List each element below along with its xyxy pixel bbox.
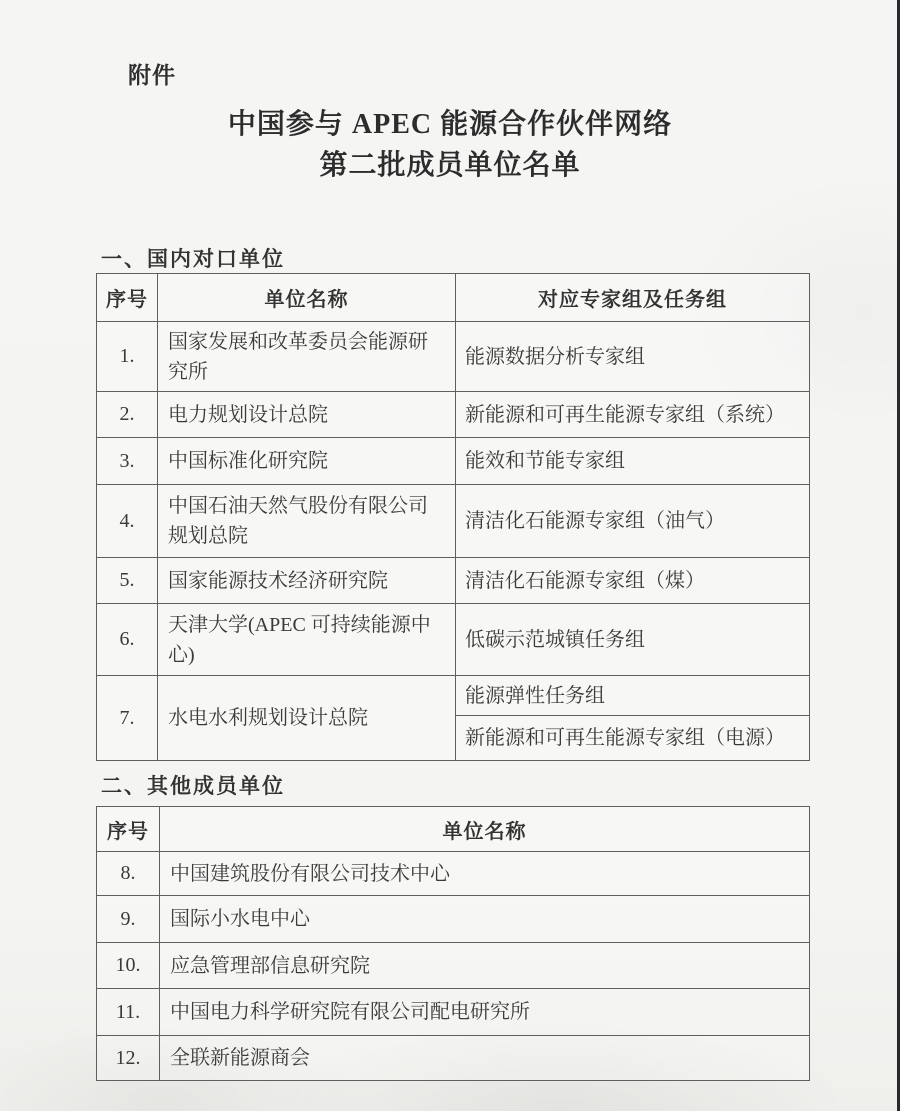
table-header-row: 序号 单位名称 对应专家组及任务组	[97, 274, 810, 322]
table-row: 9. 国际小水电中心	[97, 896, 810, 943]
section-heading-other-members: 二、其他成员单位	[101, 770, 285, 800]
row-number: 3.	[97, 438, 158, 485]
document-page: 附件 中国参与 APEC 能源合作伙伴网络 第二批成员单位名单 一、国内对口单位…	[0, 0, 900, 1111]
unit-name: 国际小水电中心	[160, 896, 810, 943]
column-header-name: 单位名称	[160, 807, 810, 852]
table-row: 3. 中国标准化研究院 能效和节能专家组	[97, 438, 810, 485]
expert-group: 新能源和可再生能源专家组（系统）	[456, 392, 810, 438]
row-number: 4.	[97, 485, 158, 558]
unit-name: 国家能源技术经济研究院	[158, 558, 456, 604]
unit-name: 水电水利规划设计总院	[158, 676, 456, 761]
row-number: 10.	[97, 943, 160, 989]
column-header-no: 序号	[97, 274, 158, 322]
document-title-line-1: 中国参与 APEC 能源合作伙伴网络	[0, 104, 900, 145]
document-title: 中国参与 APEC 能源合作伙伴网络 第二批成员单位名单	[0, 104, 900, 186]
expert-group: 能效和节能专家组	[456, 438, 810, 485]
expert-group: 低碳示范城镇任务组	[456, 604, 810, 676]
expert-group: 清洁化石能源专家组（油气）	[456, 485, 810, 558]
row-number: 12.	[97, 1036, 160, 1081]
row-number: 2.	[97, 392, 158, 438]
table-row: 8. 中国建筑股份有限公司技术中心	[97, 852, 810, 896]
document-title-line-2: 第二批成员单位名单	[0, 145, 900, 186]
table-header-row: 序号 单位名称	[97, 807, 810, 852]
table-row: 11. 中国电力科学研究院有限公司配电研究所	[97, 989, 810, 1036]
table-row: 5. 国家能源技术经济研究院 清洁化石能源专家组（煤）	[97, 558, 810, 604]
unit-name: 中国电力科学研究院有限公司配电研究所	[160, 989, 810, 1036]
unit-name: 电力规划设计总院	[158, 392, 456, 438]
row-number: 5.	[97, 558, 158, 604]
expert-group: 新能源和可再生能源专家组（电源）	[456, 716, 810, 761]
column-header-name: 单位名称	[158, 274, 456, 322]
other-members-table: 序号 单位名称 8. 中国建筑股份有限公司技术中心 9. 国际小水电中心 10.…	[96, 806, 810, 1081]
unit-name: 中国建筑股份有限公司技术中心	[160, 852, 810, 896]
unit-name: 国家发展和改革委员会能源研究所	[158, 322, 456, 392]
row-number: 1.	[97, 322, 158, 392]
column-header-no: 序号	[97, 807, 160, 852]
row-number: 8.	[97, 852, 160, 896]
row-number: 6.	[97, 604, 158, 676]
expert-group: 清洁化石能源专家组（煤）	[456, 558, 810, 604]
section-heading-domestic-units: 一、国内对口单位	[101, 243, 285, 273]
unit-name: 天津大学(APEC 可持续能源中心)	[158, 604, 456, 676]
expert-group: 能源数据分析专家组	[456, 322, 810, 392]
column-header-group: 对应专家组及任务组	[456, 274, 810, 322]
row-number: 9.	[97, 896, 160, 943]
attachment-label: 附件	[128, 57, 176, 90]
table-row: 4. 中国石油天然气股份有限公司规划总院 清洁化石能源专家组（油气）	[97, 485, 810, 558]
row-number: 11.	[97, 989, 160, 1036]
table-row: 7. 水电水利规划设计总院 能源弹性任务组	[97, 676, 810, 716]
row-number: 7.	[97, 676, 158, 761]
expert-group: 能源弹性任务组	[456, 676, 810, 716]
table-row: 6. 天津大学(APEC 可持续能源中心) 低碳示范城镇任务组	[97, 604, 810, 676]
table-row: 2. 电力规划设计总院 新能源和可再生能源专家组（系统）	[97, 392, 810, 438]
unit-name: 中国标准化研究院	[158, 438, 456, 485]
table-row: 10. 应急管理部信息研究院	[97, 943, 810, 989]
domestic-units-table: 序号 单位名称 对应专家组及任务组 1. 国家发展和改革委员会能源研究所 能源数…	[96, 273, 810, 761]
unit-name: 中国石油天然气股份有限公司规划总院	[158, 485, 456, 558]
unit-name: 应急管理部信息研究院	[160, 943, 810, 989]
table-row: 1. 国家发展和改革委员会能源研究所 能源数据分析专家组	[97, 322, 810, 392]
unit-name: 全联新能源商会	[160, 1036, 810, 1081]
table-row: 12. 全联新能源商会	[97, 1036, 810, 1081]
